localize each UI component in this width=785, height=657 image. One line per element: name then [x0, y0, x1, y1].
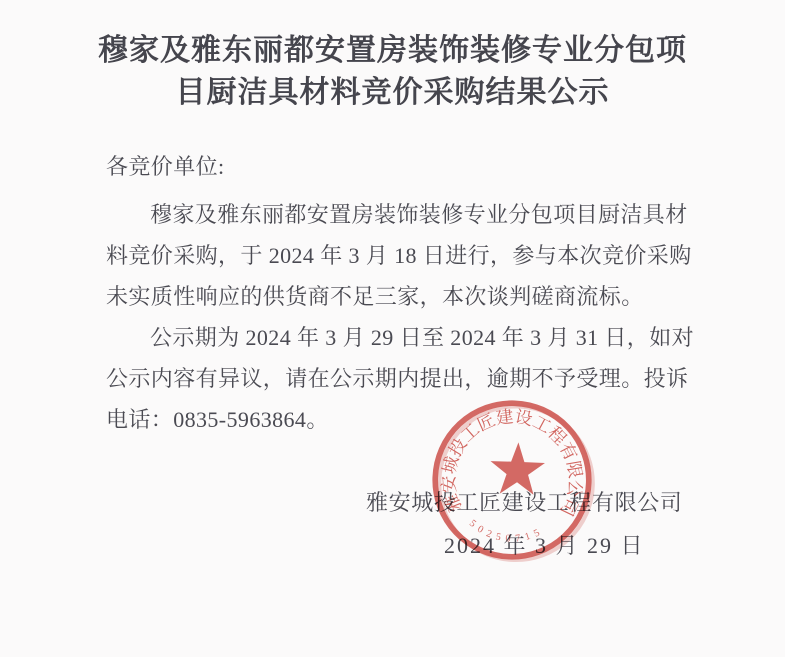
document-page: 穆家及雅东丽都安置房装饰装修专业分包项 目厨洁具材料竞价采购结果公示 各竞价单位… — [0, 0, 785, 657]
official-seal-stamp: 雅安城投工匠建设工程有限公司 50250715 — [423, 391, 601, 569]
paragraph2-line2: 公示内容有异议，请在公示期内提出，逾期不予受理。投诉 — [106, 362, 676, 393]
document-title-line-1: 穆家及雅东丽都安置房装饰装修专业分包项 — [0, 25, 785, 69]
paragraph1-line3: 未实质性响应的供货商不足三家，本次谈判磋商流标。 — [106, 280, 676, 311]
salutation: 各竞价单位: — [106, 150, 676, 181]
paragraph1-line1: 穆家及雅东丽都安置房装饰装修专业分包项目厨洁具材 — [106, 198, 676, 229]
paragraph1-line2: 料竞价采购，于 2024 年 3 月 18 日进行，参与本次竞价采购 — [106, 239, 676, 270]
paragraph2-line1: 公示期为 2024 年 3 月 29 日至 2024 年 3 月 31 日，如对 — [106, 321, 676, 352]
seal-star-icon — [489, 441, 545, 495]
document-title-line-2: 目厨洁具材料竞价采购结果公示 — [0, 67, 785, 111]
seal-serial-number: 50250715 — [466, 518, 546, 546]
